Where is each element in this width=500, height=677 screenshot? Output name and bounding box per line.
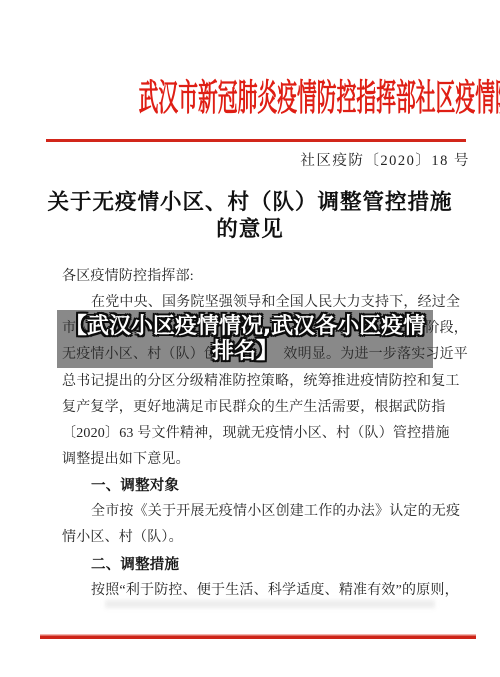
- letterhead-org-title-text: 武汉市新冠肺炎疫情防控指挥部社区疫情防控组: [139, 77, 500, 119]
- body-line: 〔2020〕63 号文件精神，现就无疫情小区、村（队）管控措施: [62, 421, 468, 447]
- document-page: 武汉市新冠肺炎疫情防控指挥部社区疫情防控组 社区疫防〔2020〕18 号 关于无…: [0, 0, 500, 677]
- body-line: 调整提出如下意见。: [62, 447, 468, 473]
- section-heading-2: 二、调整措施: [62, 552, 468, 578]
- body-line: 复产复学，更好地满足市民群众的生产生活需要，根据武防指: [62, 395, 468, 421]
- document-title-line2: 的意见: [0, 216, 500, 243]
- document-title: 关于无疫情小区、村（队）调整管控措施 的意见: [0, 189, 500, 243]
- watermark-overlay: 【武汉小区疫情情况,武汉各小区疫情 排名】: [57, 310, 433, 368]
- section-heading-1: 一、调整对象: [62, 473, 468, 499]
- doc-number: 社区疫防〔2020〕18 号: [300, 149, 470, 170]
- body-line: 总书记提出的分区分级精准防控策略，统筹推进疫情防控和复工: [62, 369, 468, 395]
- bottom-red-rule: [40, 634, 476, 639]
- body-line: 全市按《关于开展无疫情小区创建工作的办法》认定的无疫: [62, 499, 468, 525]
- body-line: 情小区、村（队）。: [62, 525, 468, 551]
- letterhead-red-rule: [46, 139, 466, 142]
- watermark-text-line1: 【武汉小区疫情情况,武汉各小区疫情: [65, 314, 425, 339]
- watermark-text-line2: 排名】: [212, 339, 278, 364]
- letterhead-org-title: 武汉市新冠肺炎疫情防控指挥部社区疫情防控组: [0, 79, 500, 117]
- document-title-line1: 关于无疫情小区、村（队）调整管控措施: [0, 189, 500, 216]
- scan-smudge-artifact: [105, 600, 435, 608]
- body-line-salutation: 各区疫情防控指挥部:: [62, 264, 468, 290]
